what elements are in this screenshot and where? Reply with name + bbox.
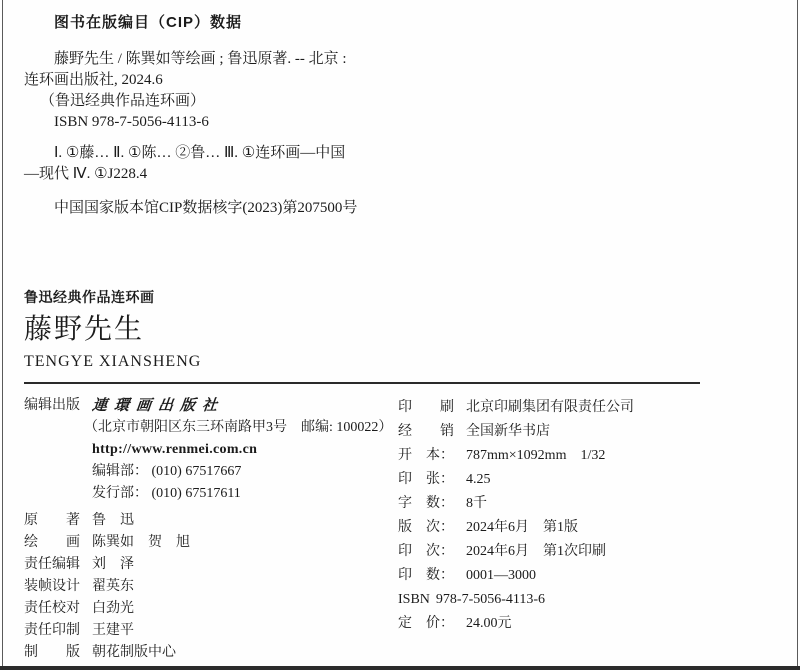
cip-registry-number: 中国国家版本馆CIP数据核字(2023)第207500号 [54, 198, 464, 219]
spec-label: 经 销 [398, 420, 456, 444]
scan-edge-bottom [0, 666, 800, 670]
print-run-row: 印 数： 0001—3000 [398, 564, 790, 588]
distribution-phone: 发行部： (010) 67517611 [92, 483, 394, 505]
editorial-phone: 编辑部： (010) 67517667 [92, 461, 394, 483]
credit-row-proofreader: 责任校对 白劲光 [24, 598, 394, 620]
spec-value: 24.00元 [466, 612, 512, 636]
spec-value: 787mm×1092mm 1/32 [466, 444, 605, 468]
price-row: 定 价： 24.00元 [398, 612, 790, 636]
cip-series-note: （鲁迅经典作品连环画） [40, 91, 464, 112]
publisher-script-logo: 連環画出版社 [91, 395, 225, 417]
credit-label: 绘 画 [24, 532, 84, 554]
isbn-row: ISBN 978-7-5056-4113-6 [398, 588, 790, 612]
cip-record-line1: 藤野先生 / 陈巽如等绘画 ; 鲁迅原著. -- 北京 : [54, 49, 464, 70]
printer-row: 印 刷 北京印刷集团有限责任公司 [398, 396, 790, 420]
cip-classification-line2: —现代 Ⅳ. ①J228.4 [24, 164, 464, 185]
cip-block: 图书在版编目（CIP）数据 藤野先生 / 陈巽如等绘画 ; 鲁迅原著. -- 北… [24, 12, 464, 219]
credit-value: 鲁 迅 [92, 510, 134, 532]
credit-label: 原 著 [24, 510, 84, 532]
credit-value: 王建平 [92, 620, 134, 642]
spacer [24, 133, 464, 143]
impression-row: 印 次： 2024年6月 第1次印刷 [398, 540, 790, 564]
publisher-address: （北京市朝阳区东三环南路甲3号 邮编: 100022） [84, 417, 394, 439]
cip-classification-line1: Ⅰ. ①藤… Ⅱ. ①陈… ②鲁… Ⅲ. ①连环画—中国 [54, 143, 464, 164]
spec-value: 0001—3000 [466, 564, 536, 588]
spacer [24, 185, 464, 198]
book-title: 藤野先生 [24, 313, 201, 347]
spec-value: 全国新华书店 [466, 420, 550, 444]
credit-value: 陈巽如 贺 旭 [92, 532, 190, 554]
credit-label: 制 版 [24, 642, 84, 664]
colophon-right-column: 印 刷 北京印刷集团有限责任公司 经 销 全国新华书店 开 本： 787mm×1… [398, 396, 790, 636]
credit-row-illustrators: 绘 画 陈巽如 贺 旭 [24, 532, 394, 554]
spec-value: 北京印刷集团有限责任公司 [466, 396, 634, 420]
series-label: 鲁迅经典作品连环画 [24, 288, 201, 306]
spec-label: 印 次： [398, 540, 456, 564]
publisher-website: http://www.renmei.com.cn [92, 439, 394, 461]
credit-row-original-author: 原 著 鲁 迅 [24, 510, 394, 532]
spec-label: 印 刷 [398, 396, 456, 420]
horizontal-rule [24, 382, 700, 384]
spec-label: ISBN [398, 588, 430, 612]
spec-value: 2024年6月 第1版 [466, 516, 578, 540]
spec-value: 2024年6月 第1次印刷 [466, 540, 606, 564]
scan-edge-right [797, 0, 798, 670]
credit-label: 责任编辑 [24, 554, 84, 576]
scan-edge-left [2, 0, 3, 670]
edition-row: 版 次： 2024年6月 第1版 [398, 516, 790, 540]
credit-value: 刘 泽 [92, 554, 134, 576]
spec-label: 印 张： [398, 468, 456, 492]
cip-isbn: ISBN 978-7-5056-4113-6 [54, 112, 464, 133]
credit-value: 朝花制版中心 [92, 642, 176, 664]
title-block: 鲁迅经典作品连环画 藤野先生 TENGYE XIANSHENG [24, 288, 201, 372]
credit-value: 白劲光 [92, 598, 134, 620]
spec-value: 978-7-5056-4113-6 [436, 588, 545, 612]
credit-row-print-supervisor: 责任印制 王建平 [24, 620, 394, 642]
colophon-left-column: 编辑出版 連環画出版社 （北京市朝阳区东三环南路甲3号 邮编: 100022） … [24, 395, 394, 664]
spec-label: 版 次： [398, 516, 456, 540]
word-count-row: 字 数： 8千 [398, 492, 790, 516]
publisher-row: 编辑出版 連環画出版社 [24, 395, 394, 417]
credit-label: 责任校对 [24, 598, 84, 620]
credit-row-designer: 装帧设计 翟英东 [24, 576, 394, 598]
format-row: 开 本： 787mm×1092mm 1/32 [398, 444, 790, 468]
book-title-pinyin: TENGYE XIANSHENG [24, 352, 201, 372]
distributor-row: 经 销 全国新华书店 [398, 420, 790, 444]
spec-label: 开 本： [398, 444, 456, 468]
spec-label: 印 数： [398, 564, 456, 588]
book-copyright-page: 图书在版编目（CIP）数据 藤野先生 / 陈巽如等绘画 ; 鲁迅原著. -- 北… [0, 0, 800, 670]
credit-row-plate-making: 制 版 朝花制版中心 [24, 642, 394, 664]
credit-label: 装帧设计 [24, 576, 84, 598]
publisher-label: 编辑出版 [24, 395, 84, 417]
cip-record-line2: 连环画出版社, 2024.6 [24, 70, 464, 91]
credits-list: 原 著 鲁 迅 绘 画 陈巽如 贺 旭 责任编辑 刘 泽 装帧设计 翟英东 责任… [24, 510, 394, 664]
spec-label: 字 数： [398, 492, 456, 516]
spec-value: 8千 [466, 492, 487, 516]
credit-label: 责任印制 [24, 620, 84, 642]
credit-row-editor: 责任编辑 刘 泽 [24, 554, 394, 576]
cip-heading: 图书在版编目（CIP）数据 [54, 12, 464, 33]
spec-label: 定 价： [398, 612, 456, 636]
printed-sheets-row: 印 张： 4.25 [398, 468, 790, 492]
spec-value: 4.25 [466, 468, 491, 492]
credit-value: 翟英东 [92, 576, 134, 598]
